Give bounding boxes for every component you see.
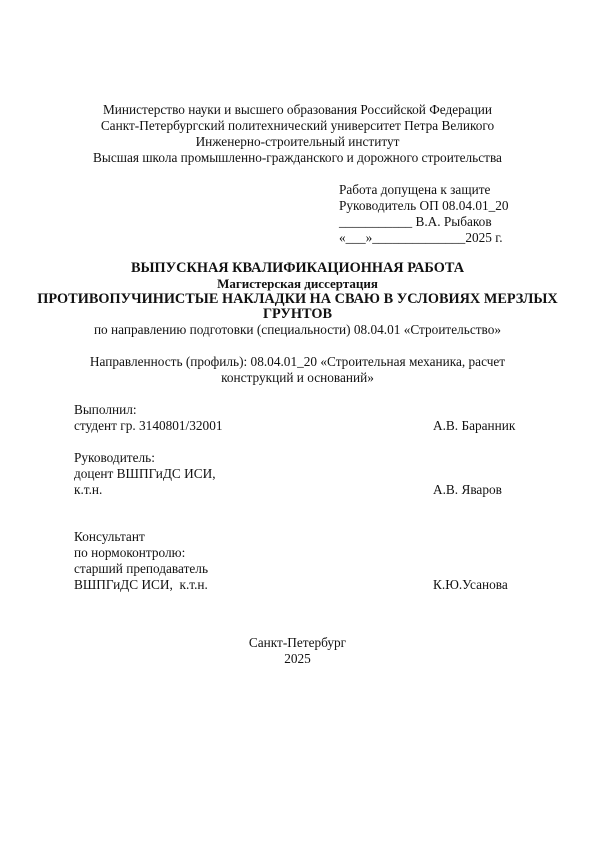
approval-admitted: Работа допущена к защите xyxy=(339,182,490,198)
author-name: А.В. Баранник xyxy=(433,418,515,434)
university-line: Санкт-Петербургский политехнический унив… xyxy=(0,118,595,134)
consultant-label: Консультант xyxy=(74,529,145,545)
footer-year: 2025 xyxy=(0,651,595,667)
approval-signature: ___________ В.А. Рыбаков xyxy=(339,214,492,230)
institute-line: Инженерно-строительный институт xyxy=(0,134,595,150)
supervisor-position1: доцент ВШПГиДС ИСИ, xyxy=(74,466,216,482)
approval-date: «___»______________2025 г. xyxy=(339,230,503,246)
ministry-line: Министерство науки и высшего образования… xyxy=(0,102,595,118)
author-label: Выполнил: xyxy=(74,402,137,418)
consultant-label2: по нормоконтролю: xyxy=(74,545,185,561)
topic-title-line1: ПРОТИВОПУЧИНИСТЫЕ НАКЛАДКИ НА СВАЮ В УСЛ… xyxy=(0,291,595,307)
work-subtype: Магистерская диссертация xyxy=(0,276,595,292)
topic-title-line2: ГРУНТОВ xyxy=(0,306,595,322)
supervisor-name: А.В. Яваров xyxy=(433,482,502,498)
supervisor-position2: к.т.н. xyxy=(74,482,102,498)
author-position: студент гр. 3140801/32001 xyxy=(74,418,223,434)
consultant-position1: старший преподаватель xyxy=(74,561,208,577)
profile-line2: конструкций и оснований» xyxy=(0,370,595,386)
profile-line1: Направленность (профиль): 08.04.01_20 «С… xyxy=(0,354,595,370)
footer-city: Санкт-Петербург xyxy=(0,635,595,651)
work-type-title: ВЫПУСКНАЯ КВАЛИФИКАЦИОННАЯ РАБОТА xyxy=(0,260,595,276)
approval-head: Руководитель ОП 08.04.01_20 xyxy=(339,198,509,214)
consultant-name: К.Ю.Усанова xyxy=(433,577,508,593)
school-line: Высшая школа промышленно-гражданского и … xyxy=(0,150,595,166)
direction-line: по направлению подготовки (специальности… xyxy=(0,322,595,338)
supervisor-label: Руководитель: xyxy=(74,450,155,466)
consultant-position2: ВШПГиДС ИСИ, к.т.н. xyxy=(74,577,208,593)
